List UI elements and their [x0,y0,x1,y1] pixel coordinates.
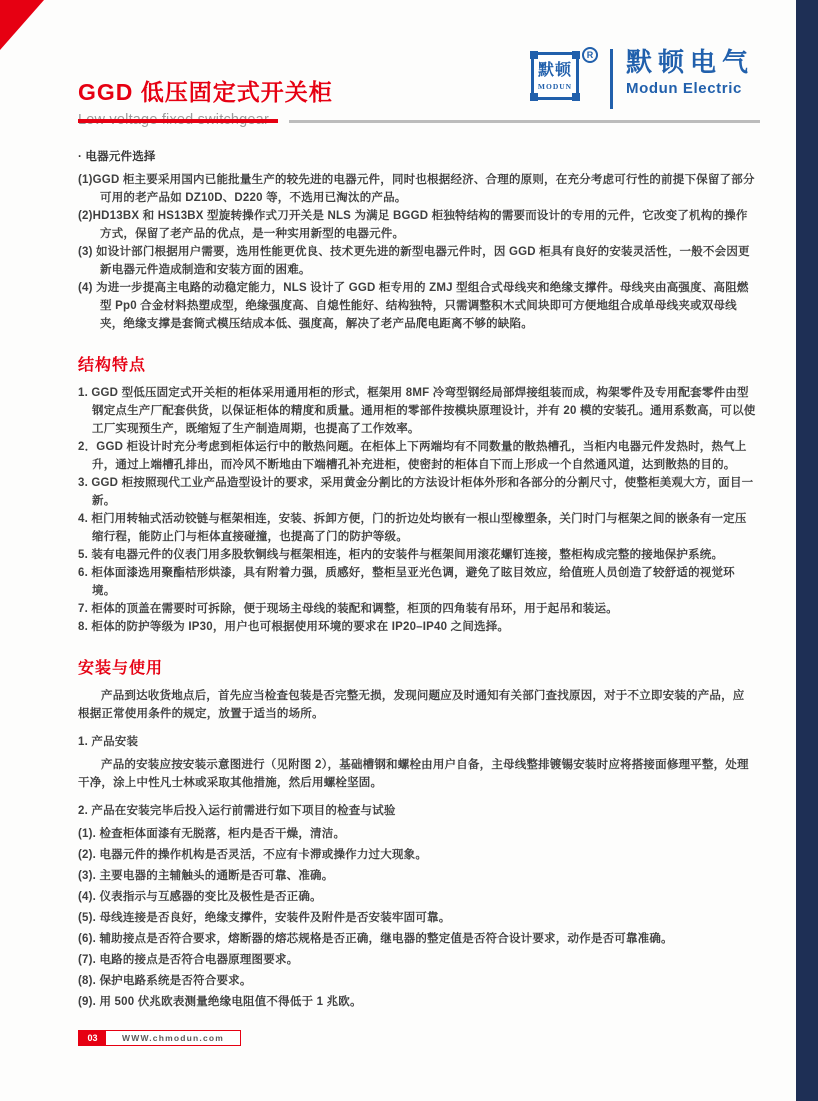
installation-sub1-title: 1. 产品安装 [78,733,756,751]
seal-corner-icon [572,93,580,101]
seal-corner-icon [572,51,580,59]
installation-sub1-text: 产品的安装应按安装示意图进行（见附图 2），基础槽钢和螺栓由用户自备，主母线整排… [78,756,756,792]
section-structure-features: 结构特点 1. GGD 型低压固定式开关柜的柜体采用通用柜的形式，框架用 8MF… [78,357,756,636]
component-selection-item: (4) 为进一步提高主电路的动稳定能力，NLS 设计了 GGD 柜专用的 ZMJ… [78,279,756,333]
structure-feature-item: 3. GGD 柜按照现代工业产品造型设计的要求，采用黄金分割比的方法设计柜体外形… [78,474,756,510]
component-selection-heading: · 电器元件选择 [78,148,756,166]
section-component-selection: · 电器元件选择 (1)GGD 柜主要采用国内已能批量生产的较先进的电器元件，同… [78,148,756,333]
inspection-check-item: (2). 电器元件的操作机构是否灵活，不应有卡滞或操作力过大现象。 [78,846,756,864]
company-name-chinese: 默顿电气 [626,47,754,77]
component-selection-item: (3) 如设计部门根据用户需要，选用性能更优良、技术更先进的新型电器元件时，因 … [78,243,756,279]
seal-corner-icon [530,51,538,59]
inspection-check-item: (5). 母线连接是否良好，绝缘支撑件，安装件及附件是否安装牢固可靠。 [78,909,756,927]
structure-feature-item: 8. 柜体的防护等级为 IP30，用户也可根据使用环境的要求在 IP20–IP4… [78,618,756,636]
logo-divider [610,49,613,109]
structure-feature-item: 1. GGD 型低压固定式开关柜的柜体采用通用柜的形式，框架用 8MF 冷弯型钢… [78,384,756,438]
right-edge-navy-bar [796,0,818,1101]
page-title: GGD 低压固定式开关柜 [78,74,333,107]
structure-feature-item: 7. 柜体的顶盖在需要时可拆除，便于现场主母线的装配和调整，柜顶的四角装有吊环，… [78,600,756,618]
logo-seal: 默顿 MODUN [531,52,579,100]
document-body: · 电器元件选择 (1)GGD 柜主要采用国内已能批量生产的较先进的电器元件，同… [78,148,756,1014]
installation-heading: 安装与使用 [78,660,756,678]
corner-ribbon-decoration [0,0,44,50]
installation-intro: 产品到达收货地点后，首先应当检查包装是否完整无损，发现问题应及时通知有关部门查找… [78,687,756,723]
company-name-english: Modun Electric [626,80,754,97]
inspection-check-item: (9). 用 500 伏兆欧表测量绝缘电阻值不得低于 1 兆欧。 [78,993,756,1011]
component-selection-item: (1)GGD 柜主要采用国内已能批量生产的较先进的电器元件，同时也根据经济、合理… [78,171,756,207]
company-logo: 默顿 MODUN R 默顿电气 Modun Electric [531,47,754,109]
inspection-check-item: (3). 主要电器的主辅触头的通断是否可靠、准确。 [78,867,756,885]
structure-feature-item: 2．GGD 柜设计时充分考虑到柜体运行中的散热问题。在柜体上下两端均有不同数量的… [78,438,756,474]
logo-seal-chinese: 默顿 [538,62,572,80]
seal-corner-icon [530,93,538,101]
inspection-check-item: (4). 仪表指示与互感器的变比及极性是否正确。 [78,888,756,906]
header-gray-rule [289,120,760,123]
structure-feature-item: 6. 柜体面漆选用聚酯桔形烘漆，具有附着力强，质感好，整柜呈亚光色调，避免了眩目… [78,564,756,600]
website-url: WWW.chmodun.com [106,1031,240,1045]
logo-company-names: 默顿电气 Modun Electric [626,47,754,97]
installation-sub2-title: 2. 产品在安装完毕后投入运行前需进行如下项目的检查与试验 [78,802,756,820]
page-number-badge: 03 [79,1031,106,1045]
structure-feature-item: 5. 装有电器元件的仪表门用多股软铜线与框架相连，柜内的安装件与框架间用滚花螺钉… [78,546,756,564]
inspection-check-item: (8). 保护电路系统是否符合要求。 [78,972,756,990]
logo-seal-box: 默顿 MODUN [531,52,579,100]
component-selection-item: (2)HD13BX 和 HS13BX 型旋转操作式刀开关是 NLS 为满足 BG… [78,207,756,243]
page-footer: 03 WWW.chmodun.com [78,1030,241,1046]
structure-feature-item: 4. 柜门用转轴式活动铰链与框架相连，安装、拆卸方便，门的折边处均嵌有一根山型橡… [78,510,756,546]
registered-trademark-icon: R [582,47,598,63]
inspection-check-item: (7). 电路的接点是否符合电器原理图要求。 [78,951,756,969]
header-red-rule [78,119,278,123]
structure-features-heading: 结构特点 [78,357,756,375]
inspection-check-item: (1). 检查柜体面漆有无脱落，柜内是否干燥，清洁。 [78,825,756,843]
inspection-check-item: (6). 辅助接点是否符合要求，熔断器的熔芯规格是否正确，继电器的整定值是否符合… [78,930,756,948]
logo-seal-english: MODUN [538,82,572,91]
section-installation-use: 安装与使用 产品到达收货地点后，首先应当检查包装是否完整无损，发现问题应及时通知… [78,660,756,1011]
